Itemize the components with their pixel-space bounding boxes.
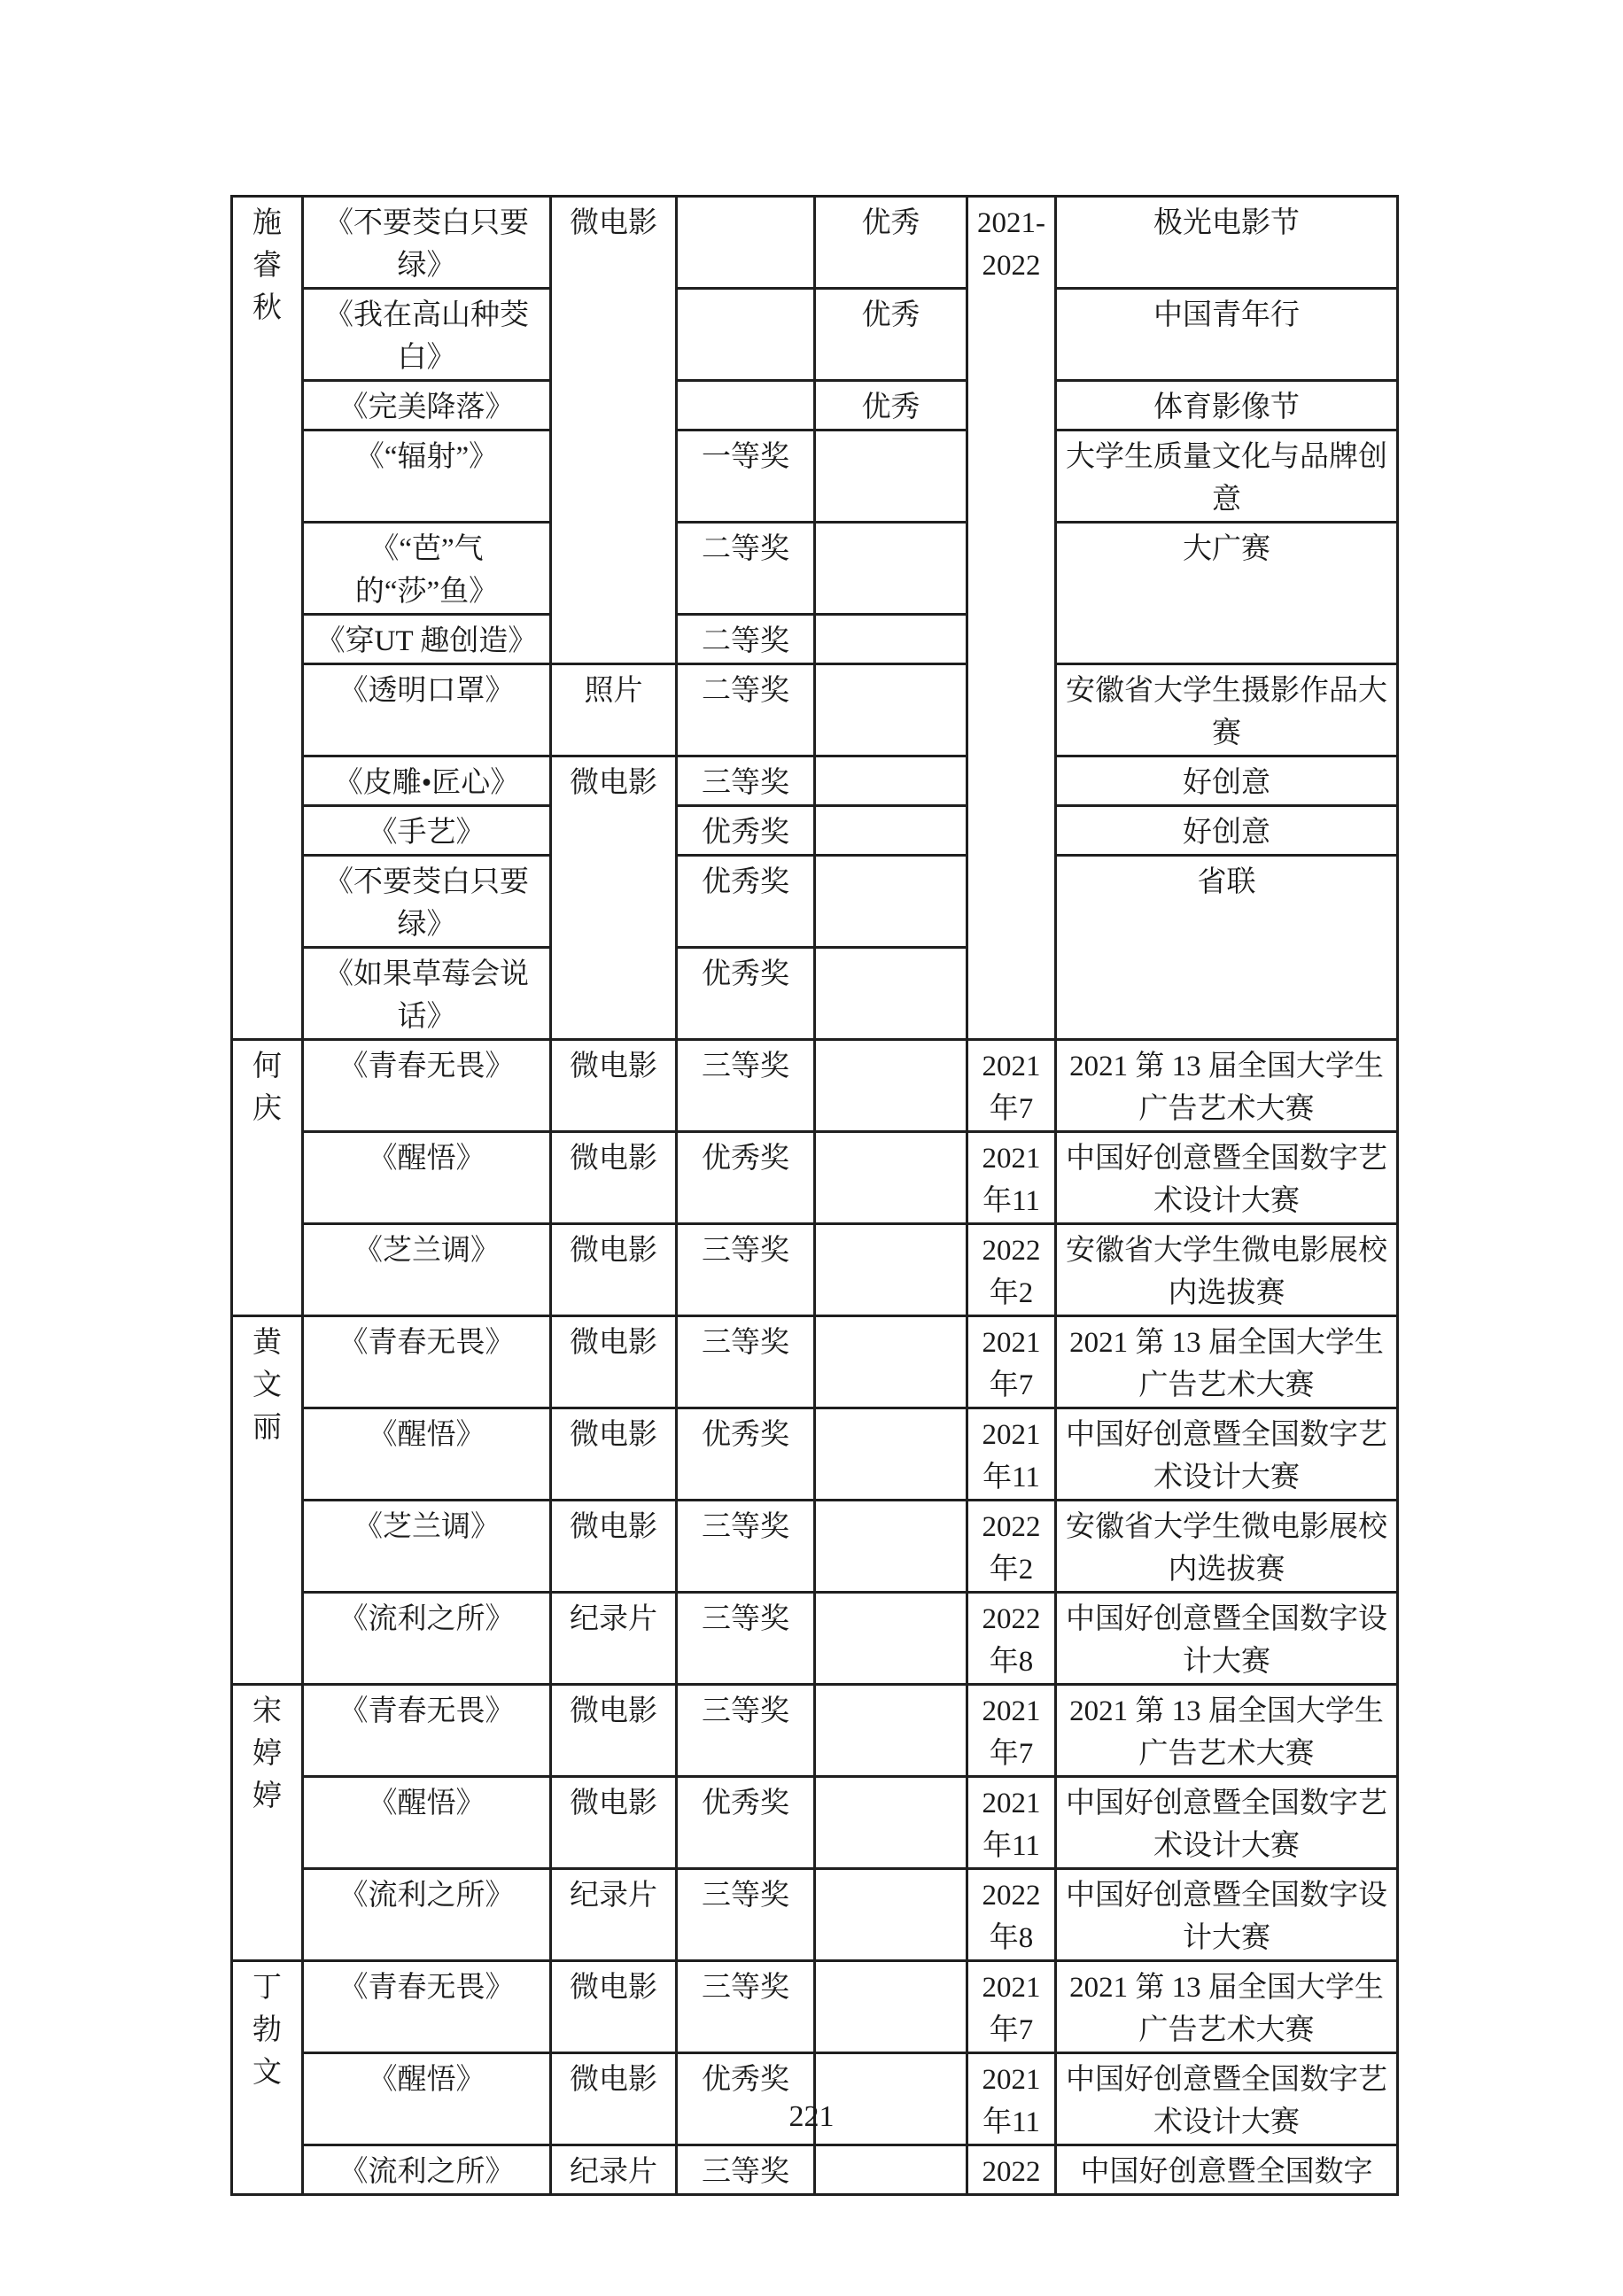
cell-date: 2021年7 <box>967 1040 1056 1132</box>
cell-award-note <box>815 1224 967 1316</box>
cell-work-type: 微电影 <box>551 1501 677 1593</box>
cell-date: 2021年11 <box>967 2053 1056 2145</box>
cell-work-title: 《醒悟》 <box>303 1408 551 1501</box>
cell-work-title: 《青春无畏》 <box>303 1961 551 2053</box>
cell-award-note <box>815 1593 967 1685</box>
cell-date: 2022 <box>967 2145 1056 2195</box>
cell-award: 三等奖 <box>677 1685 815 1777</box>
cell-award: 三等奖 <box>677 1224 815 1316</box>
cell-award-note <box>815 523 967 615</box>
table-row: 丁勃文 《青春无畏》 微电影 三等奖 2021年7 2021 第 13 届全国大… <box>232 1961 1398 2053</box>
cell-award-note <box>815 856 967 948</box>
cell-author: 施睿秋 <box>232 197 303 1040</box>
cell-award: 优秀奖 <box>677 1408 815 1501</box>
cell-competition: 大广赛 <box>1056 523 1398 664</box>
table-row: 《不要茭白只要绿》 优秀奖 省联 <box>232 856 1398 948</box>
table-row: 施睿秋 《不要茭白只要绿》 微电影 优秀 2021-2022 极光电影节 <box>232 197 1398 289</box>
cell-date: 2022年2 <box>967 1224 1056 1316</box>
cell-competition: 2021 第 13 届全国大学生广告艺术大赛 <box>1056 1316 1398 1408</box>
cell-work-type: 微电影 <box>551 1316 677 1408</box>
table-row: 《芝兰调》 微电影 三等奖 2022年2 安徽省大学生微电影展校内选拔赛 <box>232 1224 1398 1316</box>
cell-work-title: 《透明口罩》 <box>303 664 551 756</box>
table-row: 《流利之所》 纪录片 三等奖 2022年8 中国好创意暨全国数字设计大赛 <box>232 1593 1398 1685</box>
cell-award: 优秀奖 <box>677 806 815 856</box>
cell-work-type: 微电影 <box>551 1132 677 1224</box>
table-row: 《完美降落》 优秀 体育影像节 <box>232 381 1398 430</box>
cell-competition: 中国青年行 <box>1056 289 1398 381</box>
cell-date: 2021年11 <box>967 1777 1056 1869</box>
table-row: 何庆 《青春无畏》 微电影 三等奖 2021年7 2021 第 13 届全国大学… <box>232 1040 1398 1132</box>
cell-competition: 2021 第 13 届全国大学生广告艺术大赛 <box>1056 1040 1398 1132</box>
table-row: 《皮雕•匠心》 微电影 三等奖 好创意 <box>232 756 1398 806</box>
cell-award: 三等奖 <box>677 756 815 806</box>
cell-work-type: 纪录片 <box>551 1593 677 1685</box>
cell-work-title: 《如果草莓会说话》 <box>303 948 551 1040</box>
cell-award-note <box>815 2145 967 2195</box>
cell-competition: 好创意 <box>1056 756 1398 806</box>
table-row: 宋婷婷 《青春无畏》 微电影 三等奖 2021年7 2021 第 13 届全国大… <box>232 1685 1398 1777</box>
cell-award: 优秀奖 <box>677 948 815 1040</box>
cell-award-note: 优秀 <box>815 381 967 430</box>
cell-competition: 中国好创意暨全国数字设计大赛 <box>1056 1593 1398 1685</box>
cell-award: 三等奖 <box>677 1869 815 1961</box>
cell-award: 三等奖 <box>677 1593 815 1685</box>
cell-work-type: 纪录片 <box>551 1869 677 1961</box>
cell-award <box>677 197 815 289</box>
cell-competition: 安徽省大学生微电影展校内选拔赛 <box>1056 1224 1398 1316</box>
cell-work-title: 《流利之所》 <box>303 1593 551 1685</box>
cell-author: 黄文丽 <box>232 1316 303 1685</box>
awards-table: 施睿秋 《不要茭白只要绿》 微电影 优秀 2021-2022 极光电影节 《我在… <box>230 195 1399 2196</box>
cell-work-title: 《“辐射”》 <box>303 430 551 523</box>
cell-date: 2022年8 <box>967 1593 1056 1685</box>
table-row: 《流利之所》 纪录片 三等奖 2022年8 中国好创意暨全国数字设计大赛 <box>232 1869 1398 1961</box>
cell-award-note: 优秀 <box>815 197 967 289</box>
cell-work-title: 《不要茭白只要绿》 <box>303 197 551 289</box>
cell-work-title: 《流利之所》 <box>303 2145 551 2195</box>
cell-award-note: 优秀 <box>815 289 967 381</box>
cell-award: 三等奖 <box>677 1316 815 1408</box>
cell-award-note <box>815 1316 967 1408</box>
cell-award-note <box>815 1408 967 1501</box>
cell-award: 优秀奖 <box>677 1777 815 1869</box>
cell-award-note <box>815 806 967 856</box>
cell-work-type: 微电影 <box>551 2053 677 2145</box>
cell-work-type: 照片 <box>551 664 677 756</box>
cell-work-title: 《醒悟》 <box>303 2053 551 2145</box>
cell-work-type: 微电影 <box>551 197 677 664</box>
cell-award-note <box>815 948 967 1040</box>
document-page: 施睿秋 《不要茭白只要绿》 微电影 优秀 2021-2022 极光电影节 《我在… <box>0 0 1623 2296</box>
cell-work-type: 纪录片 <box>551 2145 677 2195</box>
page-number: 221 <box>789 2099 835 2135</box>
cell-competition: 中国好创意暨全国数字艺术设计大赛 <box>1056 1777 1398 1869</box>
table-row: 《醒悟》 微电影 优秀奖 2021年11 中国好创意暨全国数字艺术设计大赛 <box>232 1132 1398 1224</box>
cell-award-note <box>815 615 967 664</box>
cell-competition: 好创意 <box>1056 806 1398 856</box>
table-row: 《流利之所》 纪录片 三等奖 2022 中国好创意暨全国数字 <box>232 2145 1398 2195</box>
cell-award-note <box>815 664 967 756</box>
cell-date: 2021年7 <box>967 1961 1056 2053</box>
cell-competition: 中国好创意暨全国数字 <box>1056 2145 1398 2195</box>
cell-award-note <box>815 1501 967 1593</box>
cell-work-title: 《完美降落》 <box>303 381 551 430</box>
cell-competition: 极光电影节 <box>1056 197 1398 289</box>
cell-work-title: 《不要茭白只要绿》 <box>303 856 551 948</box>
cell-work-title: 《手艺》 <box>303 806 551 856</box>
cell-work-type: 微电影 <box>551 1224 677 1316</box>
cell-award: 优秀奖 <box>677 1132 815 1224</box>
cell-work-title: 《芝兰调》 <box>303 1224 551 1316</box>
cell-date: 2021-2022 <box>967 197 1056 1040</box>
cell-work-title: 《皮雕•匠心》 <box>303 756 551 806</box>
cell-award: 二等奖 <box>677 664 815 756</box>
cell-award: 三等奖 <box>677 1961 815 2053</box>
cell-work-title: 《青春无畏》 <box>303 1685 551 1777</box>
cell-award-note <box>815 756 967 806</box>
cell-competition: 省联 <box>1056 856 1398 1040</box>
cell-author: 何庆 <box>232 1040 303 1316</box>
cell-date: 2021年7 <box>967 1316 1056 1408</box>
cell-award-note <box>815 1961 967 2053</box>
cell-author: 丁勃文 <box>232 1961 303 2195</box>
cell-work-type: 微电影 <box>551 1408 677 1501</box>
cell-competition: 体育影像节 <box>1056 381 1398 430</box>
cell-award: 二等奖 <box>677 523 815 615</box>
cell-competition: 安徽省大学生微电影展校内选拔赛 <box>1056 1501 1398 1593</box>
cell-competition: 大学生质量文化与品牌创意 <box>1056 430 1398 523</box>
cell-work-title: 《“芭”气的“莎”鱼》 <box>303 523 551 615</box>
table-row: 《透明口罩》 照片 二等奖 安徽省大学生摄影作品大赛 <box>232 664 1398 756</box>
cell-award <box>677 289 815 381</box>
cell-award-note <box>815 1040 967 1132</box>
cell-work-title: 《青春无畏》 <box>303 1040 551 1132</box>
cell-competition: 中国好创意暨全国数字艺术设计大赛 <box>1056 1408 1398 1501</box>
cell-award-note <box>815 1132 967 1224</box>
cell-work-title: 《我在高山种茭白》 <box>303 289 551 381</box>
cell-award: 三等奖 <box>677 1040 815 1132</box>
cell-date: 2021年7 <box>967 1685 1056 1777</box>
cell-award-note <box>815 430 967 523</box>
cell-competition: 中国好创意暨全国数字设计大赛 <box>1056 1869 1398 1961</box>
cell-competition: 2021 第 13 届全国大学生广告艺术大赛 <box>1056 1961 1398 2053</box>
cell-work-type: 微电影 <box>551 1040 677 1132</box>
cell-award-note <box>815 1777 967 1869</box>
cell-award: 优秀奖 <box>677 856 815 948</box>
cell-award-note <box>815 1685 967 1777</box>
cell-work-title: 《流利之所》 <box>303 1869 551 1961</box>
cell-work-type: 微电影 <box>551 1777 677 1869</box>
cell-work-title: 《穿UT 趣创造》 <box>303 615 551 664</box>
cell-award-note <box>815 1869 967 1961</box>
cell-award <box>677 381 815 430</box>
cell-award-note <box>815 2053 967 2145</box>
cell-work-type: 微电影 <box>551 756 677 1040</box>
table-row: 《我在高山种茭白》 优秀 中国青年行 <box>232 289 1398 381</box>
cell-competition: 2021 第 13 届全国大学生广告艺术大赛 <box>1056 1685 1398 1777</box>
cell-work-title: 《青春无畏》 <box>303 1316 551 1408</box>
cell-award: 二等奖 <box>677 615 815 664</box>
cell-award: 三等奖 <box>677 2145 815 2195</box>
cell-competition: 中国好创意暨全国数字艺术设计大赛 <box>1056 2053 1398 2145</box>
cell-work-title: 《醒悟》 <box>303 1132 551 1224</box>
cell-award: 一等奖 <box>677 430 815 523</box>
table-row: 《芝兰调》 微电影 三等奖 2022年2 安徽省大学生微电影展校内选拔赛 <box>232 1501 1398 1593</box>
table-row: 黄文丽 《青春无畏》 微电影 三等奖 2021年7 2021 第 13 届全国大… <box>232 1316 1398 1408</box>
table-row: 《醒悟》 微电影 优秀奖 2021年11 中国好创意暨全国数字艺术设计大赛 <box>232 1408 1398 1501</box>
cell-work-type: 微电影 <box>551 1961 677 2053</box>
table-row: 《“芭”气的“莎”鱼》 二等奖 大广赛 <box>232 523 1398 615</box>
cell-award: 三等奖 <box>677 1501 815 1593</box>
cell-competition: 安徽省大学生摄影作品大赛 <box>1056 664 1398 756</box>
cell-competition: 中国好创意暨全国数字艺术设计大赛 <box>1056 1132 1398 1224</box>
cell-work-title: 《醒悟》 <box>303 1777 551 1869</box>
cell-date: 2022年8 <box>967 1869 1056 1961</box>
cell-work-title: 《芝兰调》 <box>303 1501 551 1593</box>
table-row: 《醒悟》 微电影 优秀奖 2021年11 中国好创意暨全国数字艺术设计大赛 <box>232 1777 1398 1869</box>
cell-date: 2021年11 <box>967 1132 1056 1224</box>
cell-author: 宋婷婷 <box>232 1685 303 1961</box>
cell-date: 2021年11 <box>967 1408 1056 1501</box>
cell-date: 2022年2 <box>967 1501 1056 1593</box>
table-row: 《手艺》 优秀奖 好创意 <box>232 806 1398 856</box>
table-row: 《“辐射”》 一等奖 大学生质量文化与品牌创意 <box>232 430 1398 523</box>
cell-work-type: 微电影 <box>551 1685 677 1777</box>
